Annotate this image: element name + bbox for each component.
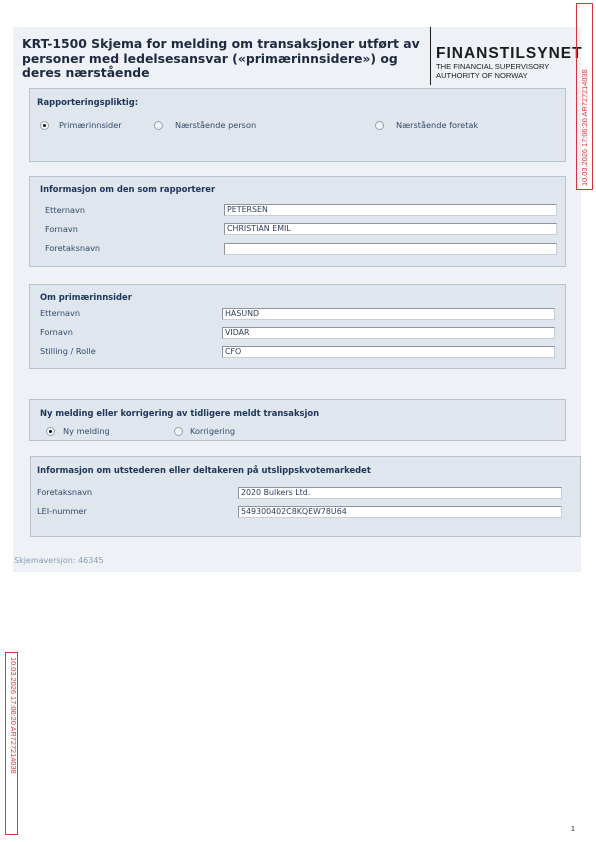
- field-label-position: Stilling / Rolle: [40, 346, 96, 356]
- timestamp-stamp-bottom-left: 10.03.2026 17:06:20 AR727214038: [5, 652, 18, 835]
- reporter-first-name-input[interactable]: CHRISTIAN EMIL: [224, 223, 557, 235]
- radio-button-icon[interactable]: [154, 121, 163, 130]
- section-title: Informasjon om den som rapporterer: [40, 184, 215, 194]
- reporting-obligation-section: Rapporteringspliktig: Primærinnsider Nær…: [29, 88, 566, 162]
- field-label-company-name: Foretaksnavn: [45, 243, 100, 253]
- form-title: KRT-1500 Skjema for melding om transaksj…: [22, 37, 422, 81]
- section-title: Om primærinnsider: [40, 292, 132, 302]
- insider-first-name-input[interactable]: VIDAR: [222, 327, 555, 339]
- issuer-info-section: Informasjon om utstederen eller deltaker…: [30, 456, 581, 537]
- field-label-lei-number: LEI-nummer: [37, 506, 87, 516]
- section-title: Ny melding eller korrigering av tidliger…: [40, 408, 319, 418]
- reporter-company-name-input[interactable]: [224, 243, 557, 255]
- timestamp-stamp-top-right: 10.03.2026 17:06:20 AR727214038: [576, 3, 593, 190]
- radio-label: Korrigering: [190, 426, 235, 436]
- field-label-last-name: Etternavn: [45, 205, 85, 215]
- field-label-first-name: Fornavn: [40, 327, 73, 337]
- field-label-first-name: Fornavn: [45, 224, 78, 234]
- radio-button-checked-icon[interactable]: [40, 121, 49, 130]
- logo-subtitle: THE FINANCIAL SUPERVISORY AUTHORITY OF N…: [436, 63, 576, 80]
- radio-label: Nærstående foretak: [396, 120, 478, 130]
- report-type-section: Ny melding eller korrigering av tidliger…: [29, 399, 566, 441]
- logo-subtitle-line2: AUTHORITY OF NORWAY: [436, 72, 576, 81]
- issuer-lei-number-input[interactable]: 549300402C8KQEW78U64: [238, 506, 562, 518]
- issuer-company-name-input[interactable]: 2020 Bulkers Ltd.: [238, 487, 562, 499]
- reporter-last-name-input[interactable]: PETERSEN: [224, 204, 557, 216]
- reporter-info-section: Informasjon om den som rapporterer Etter…: [29, 176, 566, 267]
- radio-button-checked-icon[interactable]: [46, 427, 55, 436]
- field-label-company-name: Foretaksnavn: [37, 487, 92, 497]
- radio-label: Ny melding: [63, 426, 110, 436]
- stamp-text: 10.03.2026 17:06:20 AR727214038: [9, 657, 18, 774]
- stamp-text: 10.03.2026 17:06:20 AR727214038: [580, 69, 589, 186]
- insider-position-input[interactable]: CFO: [222, 346, 555, 358]
- insider-last-name-input[interactable]: HASUND: [222, 308, 555, 320]
- radio-button-icon[interactable]: [174, 427, 183, 436]
- radio-button-icon[interactable]: [375, 121, 384, 130]
- section-title: Informasjon om utstederen eller deltaker…: [37, 465, 371, 475]
- form-version: Skjemaversjon: 46345: [14, 556, 104, 565]
- radio-label: Nærstående person: [175, 120, 256, 130]
- field-label-last-name: Etternavn: [40, 308, 80, 318]
- logo-divider: [430, 27, 431, 85]
- section-title: Rapporteringspliktig:: [37, 97, 138, 107]
- finanstilsynet-logo: FINANSTILSYNET: [436, 45, 583, 63]
- radio-label: Primærinnsider: [59, 120, 122, 130]
- page-number: 1: [571, 826, 575, 833]
- primary-insider-section: Om primærinnsider Etternavn HASUND Forna…: [29, 284, 566, 369]
